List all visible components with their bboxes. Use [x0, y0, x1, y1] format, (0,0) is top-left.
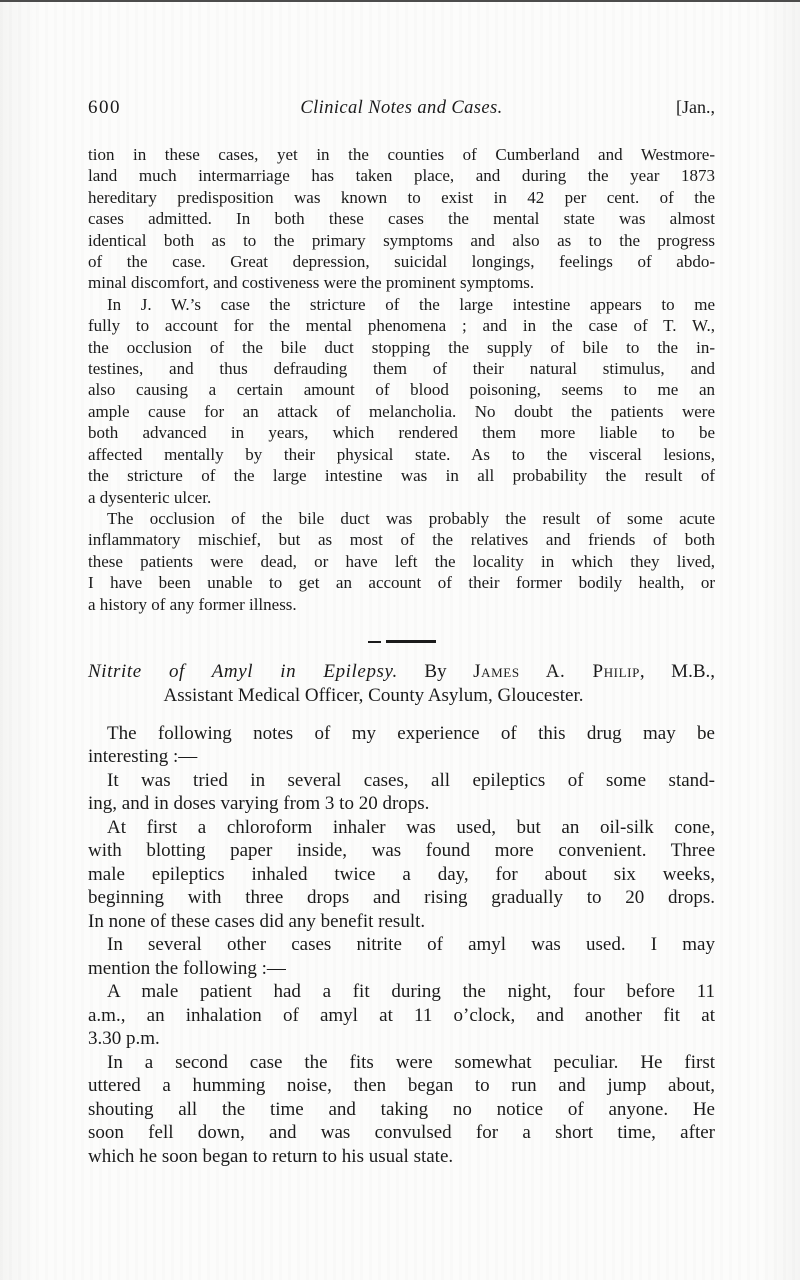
text-line: land much intermarriage has taken place,… — [88, 165, 715, 186]
byline-prefix: By — [424, 661, 446, 682]
scanned-journal-page: 600 Clinical Notes and Cases. [Jan., tio… — [0, 0, 800, 1280]
article-heading: Nitrite of Amyl in Epilepsy. By James A.… — [88, 660, 715, 708]
paragraph: tion in these cases, yet in the counties… — [88, 144, 715, 294]
text-line: A male patient had a fit during the nigh… — [88, 980, 715, 1004]
article-title-line: Nitrite of Amyl in Epilepsy. By James A.… — [88, 660, 715, 684]
text-line: ing, and in doses varying from 3 to 20 d… — [88, 792, 715, 816]
running-header: 600 Clinical Notes and Cases. [Jan., — [88, 97, 715, 119]
text-line: The occlusion of the bile duct was proba… — [88, 508, 715, 529]
text-line: a.m., an inhalation of amyl at 11 o’cloc… — [88, 1004, 715, 1028]
text-line: mention the following :— — [88, 957, 715, 981]
text-line: the occlusion of the bile duct stopping … — [88, 337, 715, 358]
text-line: both advanced in years, which rendered t… — [88, 422, 715, 443]
running-title: Clinical Notes and Cases. — [188, 98, 615, 119]
paragraph: It was tried in several cases, all epile… — [88, 769, 715, 816]
text-line: In several other cases nitrite of amyl w… — [88, 933, 715, 957]
author-degree: , M.B., — [640, 661, 715, 682]
issue-date: [Jan., — [615, 97, 715, 118]
text-line: cases admitted. In both these cases the … — [88, 208, 715, 229]
author-affiliation: Assistant Medical Officer, County Asylum… — [88, 684, 715, 708]
divider-dash-short — [368, 641, 381, 643]
article-body: The following notes of my experience of … — [88, 722, 715, 1169]
section-divider — [88, 634, 715, 650]
page-number: 600 — [88, 97, 188, 119]
text-line: The following notes of my experience of … — [88, 722, 715, 746]
text-line: testines, and thus defrauding them of th… — [88, 358, 715, 379]
text-line: the stricture of the large intestine was… — [88, 465, 715, 486]
text-line: 3.30 p.m. — [88, 1027, 715, 1051]
text-line: beginning with three drops and rising gr… — [88, 886, 715, 910]
text-line: fully to account for the mental phenomen… — [88, 315, 715, 336]
text-line: also causing a certain amount of blood p… — [88, 379, 715, 400]
text-line: with blotting paper inside, was found mo… — [88, 839, 715, 863]
article-title: Nitrite of Amyl in Epilepsy. — [88, 661, 398, 682]
continuation-section: tion in these cases, yet in the counties… — [88, 144, 715, 615]
text-line: I have been unable to get an account of … — [88, 572, 715, 593]
paragraph: The following notes of my experience of … — [88, 722, 715, 769]
text-column: tion in these cases, yet in the counties… — [88, 144, 715, 1168]
author-name: James A. Philip — [473, 661, 640, 682]
divider-dash-long — [386, 640, 436, 643]
text-line: At first a chloroform inhaler was used, … — [88, 816, 715, 840]
text-line: In none of these cases did any benefit r… — [88, 910, 715, 934]
text-line: interesting :— — [88, 745, 715, 769]
text-line: affected mentally by their physical stat… — [88, 444, 715, 465]
text-line: inflammatory mischief, but as most of th… — [88, 529, 715, 550]
text-line: of the case. Great depression, suicidal … — [88, 251, 715, 272]
text-line: shouting all the time and taking no noti… — [88, 1098, 715, 1122]
text-line: ample cause for an attack of melancholia… — [88, 401, 715, 422]
text-line: tion in these cases, yet in the counties… — [88, 144, 715, 165]
text-line: hereditary predisposition was known to e… — [88, 187, 715, 208]
text-line: which he soon began to return to his usu… — [88, 1145, 715, 1169]
text-line: It was tried in several cases, all epile… — [88, 769, 715, 793]
text-line: soon fell down, and was convulsed for a … — [88, 1121, 715, 1145]
scan-edge-artifact — [0, 0, 800, 2]
paragraph: At first a chloroform inhaler was used, … — [88, 816, 715, 934]
paragraph: In J. W.’s case the stricture of the lar… — [88, 294, 715, 508]
paragraph: In several other cases nitrite of amyl w… — [88, 933, 715, 980]
text-line: these patients were dead, or have left t… — [88, 551, 715, 572]
text-line: identical both as to the primary symptom… — [88, 230, 715, 251]
text-line: uttered a humming noise, then began to r… — [88, 1074, 715, 1098]
text-line: In J. W.’s case the stricture of the lar… — [88, 294, 715, 315]
text-line: In a second case the fits were somewhat … — [88, 1051, 715, 1075]
paragraph: The occlusion of the bile duct was proba… — [88, 508, 715, 615]
paragraph: A male patient had a fit during the nigh… — [88, 980, 715, 1051]
text-line: male epileptics inhaled twice a day, for… — [88, 863, 715, 887]
text-line: minal discomfort, and costiveness were t… — [88, 272, 715, 293]
text-line: a history of any former illness. — [88, 594, 715, 615]
text-line: a dysenteric ulcer. — [88, 487, 715, 508]
paragraph: In a second case the fits were somewhat … — [88, 1051, 715, 1169]
